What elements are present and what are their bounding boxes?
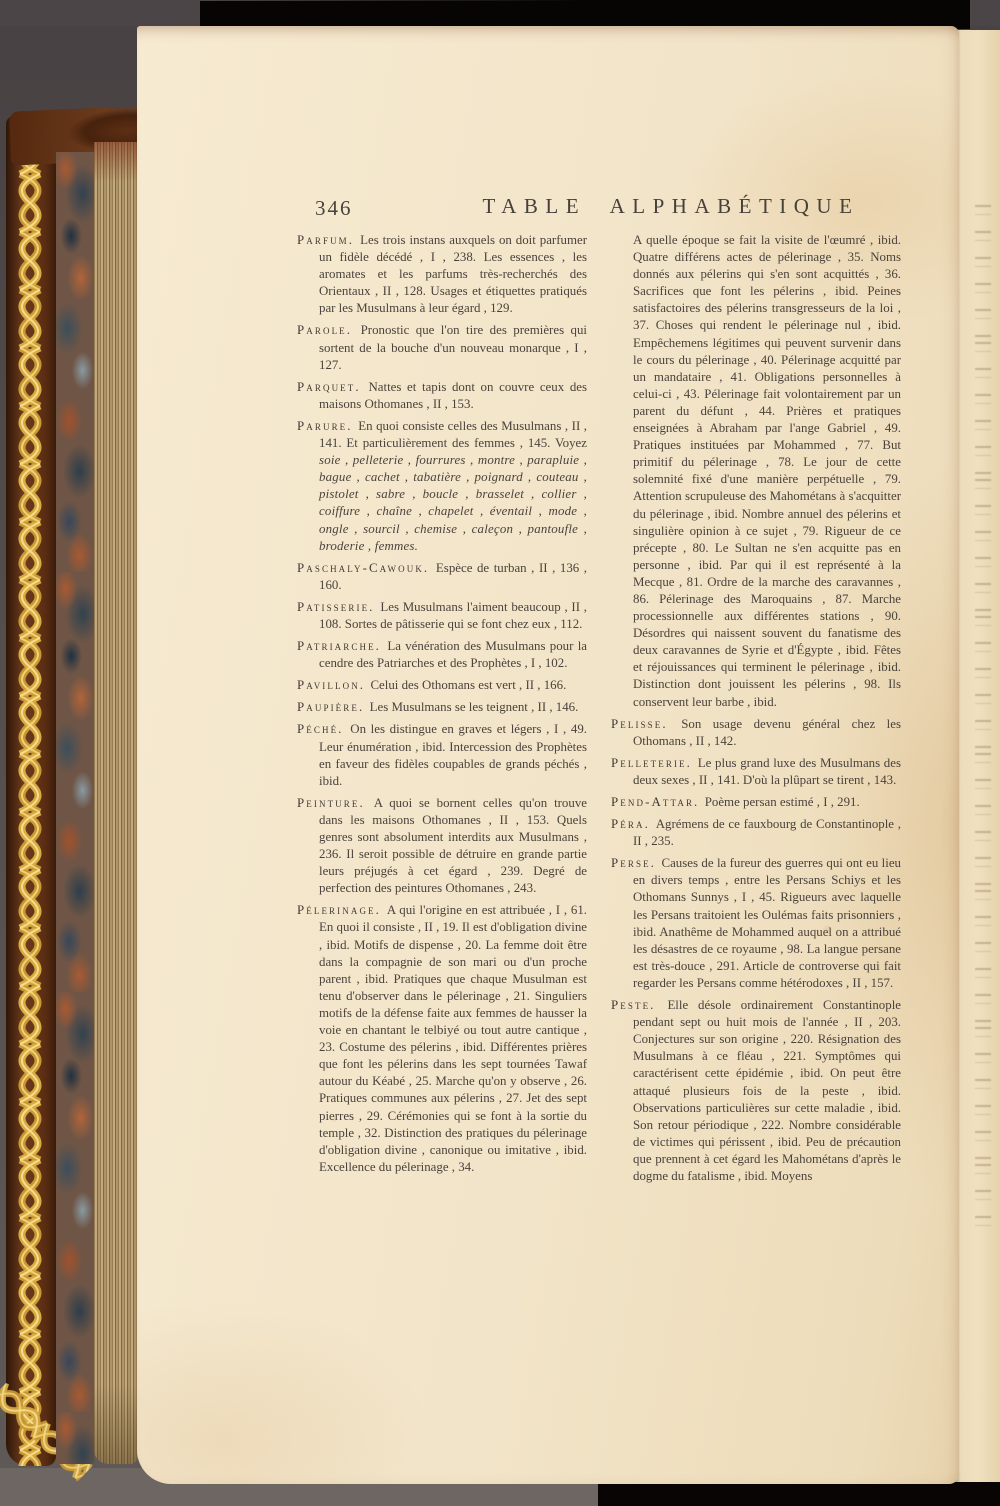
- entry-term: Péché.: [297, 722, 350, 736]
- entry-term: Pavillon.: [297, 678, 370, 692]
- index-entry: Paschaly-Cawouk. Espèce de turban , II ,…: [297, 560, 587, 594]
- index-entry: Péra. Agrémens de ce fauxbourg de Consta…: [611, 816, 901, 850]
- page-block-fore-edge: [94, 142, 138, 1464]
- index-entry: Pélerinage. A qui l'origine en est attri…: [297, 902, 587, 1176]
- entry-cross-references: soie , pelleterie , fourrures , montre ,…: [319, 453, 587, 552]
- index-entry: Pelleterie. Le plus grand luxe des Musul…: [611, 755, 901, 789]
- index-entry: Peinture. A quoi se bornent celles qu'on…: [297, 795, 587, 898]
- entry-term: Peinture.: [297, 796, 374, 810]
- index-entry: Pend-Attar. Poème persan estimé , I , 29…: [611, 794, 901, 811]
- index-entry: Perse. Causes de la fureur des guerres q…: [611, 855, 901, 992]
- book-page: 346 TABLE ALPHABÉTIQUE Parfum. Les trois…: [137, 26, 959, 1484]
- entry-term: Perse.: [611, 856, 661, 870]
- index-entry: Parole. Pronostic que l'on tire des prem…: [297, 322, 587, 373]
- entry-term: Pelleterie.: [611, 756, 698, 770]
- entry-term: Parure.: [297, 419, 358, 433]
- entry-term: Paupière.: [297, 700, 370, 714]
- entry-term: Pélerinage.: [297, 903, 387, 917]
- gilt-braid-icon: [10, 116, 50, 1466]
- marbled-endpaper: [56, 152, 94, 1464]
- entry-term: Parole.: [297, 323, 361, 337]
- index-columns: Parfum. Les trois instans auxquels on do…: [297, 232, 901, 1190]
- index-entry: Peste. Elle désole ordinairement Constan…: [611, 997, 901, 1185]
- index-entry: Patisserie. Les Musulmans l'aiment beauc…: [297, 599, 587, 633]
- entry-term: Parquet.: [297, 380, 368, 394]
- index-entry: Péché. On les distingue en graves et lég…: [297, 721, 587, 789]
- index-entry: Pavillon. Celui des Othomans est vert , …: [297, 677, 587, 694]
- index-entry: Parfum. Les trois instans auxquels on do…: [297, 232, 587, 317]
- entry-term: Pend-Attar.: [611, 795, 705, 809]
- book-photograph: { "book": { "page_number": "346", "heade…: [0, 0, 1000, 1506]
- page-number: 346: [315, 196, 353, 221]
- facing-page-text-fragments: [975, 205, 991, 1235]
- entry-term: Patriarche.: [297, 639, 387, 653]
- index-entry: Parquet. Nattes et tapis dont on couvre …: [297, 379, 587, 413]
- index-entry: Pelisse. Son usage devenu général chez l…: [611, 716, 901, 750]
- index-entry: Parure. En quoi consiste celles des Musu…: [297, 418, 587, 555]
- page-content: 346 TABLE ALPHABÉTIQUE Parfum. Les trois…: [137, 26, 959, 1484]
- entry-term: Parfum.: [297, 233, 360, 247]
- entry-term: Pelisse.: [611, 717, 681, 731]
- right-column: A quelle époque se fait la visite de l'œ…: [611, 232, 901, 1190]
- left-column: Parfum. Les trois instans auxquels on do…: [297, 232, 587, 1190]
- running-head: 346 TABLE ALPHABÉTIQUE: [301, 192, 927, 226]
- entry-term: Peste.: [611, 998, 667, 1012]
- book-spine-leather: [6, 116, 56, 1466]
- entry-term: Patisserie.: [297, 600, 380, 614]
- index-entry-continuation: A quelle époque se fait la visite de l'œ…: [611, 232, 901, 711]
- page-title: TABLE ALPHABÉTIQUE: [421, 194, 921, 219]
- index-entry: Patriarche. La vénération des Musulmans …: [297, 638, 587, 672]
- entry-term: Paschaly-Cawouk.: [297, 561, 436, 575]
- index-entry: Paupière. Les Musulmans se les teignent …: [297, 699, 587, 716]
- entry-term: Péra.: [611, 817, 656, 831]
